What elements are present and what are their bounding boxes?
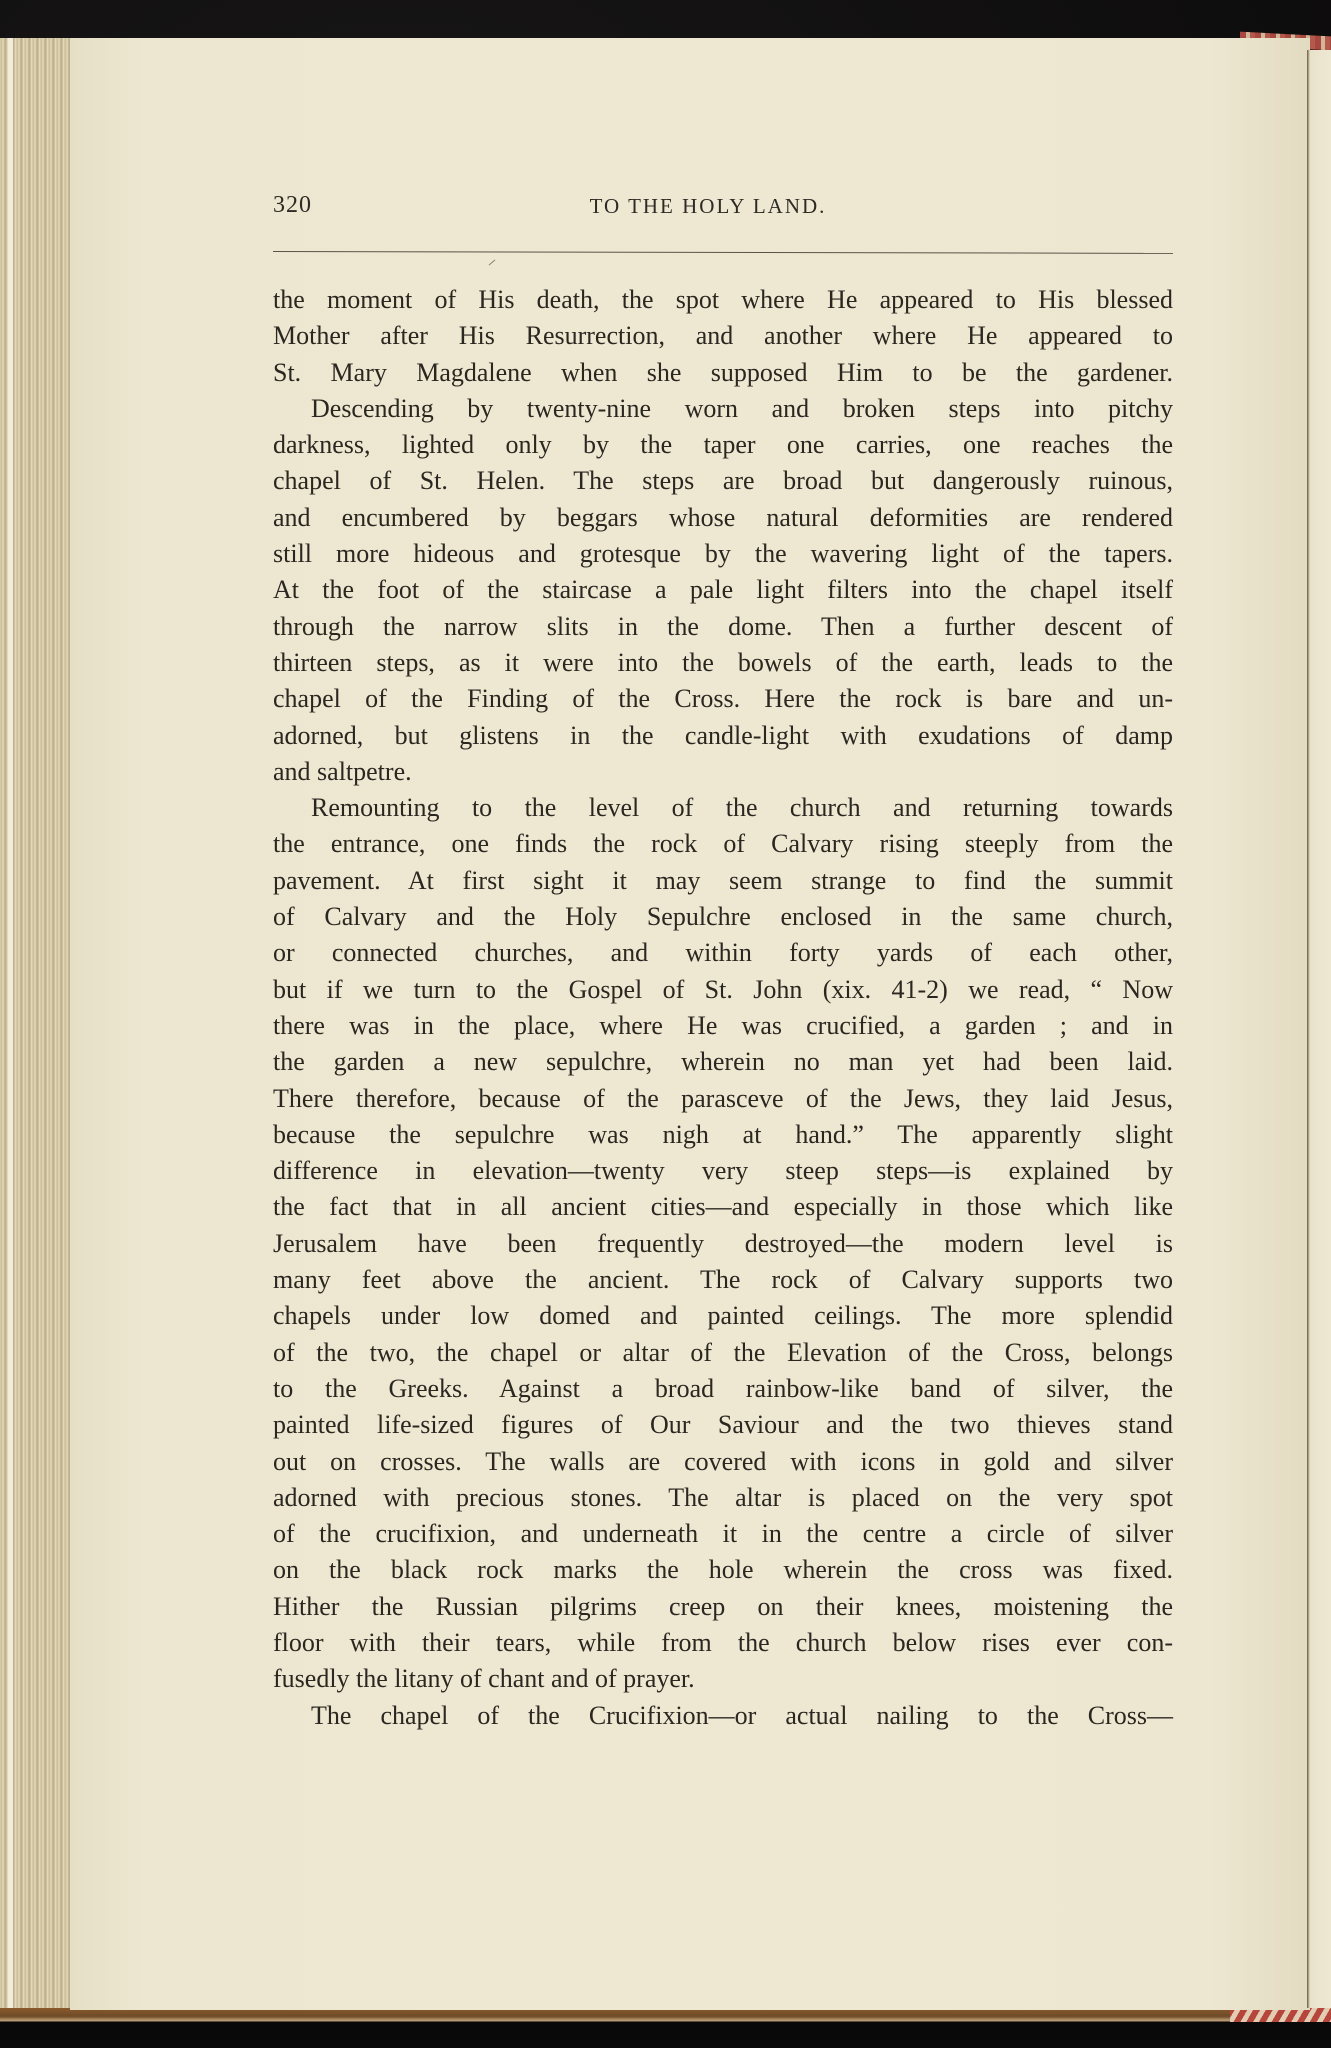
book-cover-bottom-edge [0,2008,1250,2022]
text-line: There therefore, because of the parascev… [273,1081,1173,1117]
text-line: At the foot of the staircase a pale ligh… [273,572,1173,608]
text-line: floor with their tears, while from the c… [273,1625,1173,1661]
text-line: Hither the Russian pilgrims creep on the… [273,1589,1173,1625]
text-line: chapels under low domed and painted ceil… [273,1298,1173,1334]
text-line: painted life-sized figures of Our Saviou… [273,1407,1173,1443]
paragraph-end-line: and saltpetre. [273,754,1173,790]
paragraph-end-line: fusedly the litany of chant and of praye… [273,1661,1173,1697]
text-line: or connected churches, and within forty … [273,935,1173,971]
text-line: still more hideous and grotesque by the … [273,536,1173,572]
text-line: Jerusalem have been frequently destroyed… [273,1226,1173,1262]
text-line: many feet above the ancient. The rock of… [273,1262,1173,1298]
text-line: of Calvary and the Holy Sepulchre enclos… [273,899,1173,935]
text-line: through the narrow slits in the dome. Th… [273,609,1173,645]
running-head-title: TO THE HOLY LAND. [273,194,1143,219]
text-line: pavement. At first sight it may seem str… [273,863,1173,899]
text-line: chapel of the Finding of the Cross. Here… [273,681,1173,717]
text-line: difference in elevation—twenty very stee… [273,1153,1173,1189]
text-line: of the two, the chapel or altar of the E… [273,1335,1173,1371]
text-line: the garden a new sepulchre, wherein no m… [273,1044,1173,1080]
text-line: thirteen steps, as it were into the bowe… [273,645,1173,681]
text-line: of the crucifixion, and underneath it in… [273,1516,1173,1552]
text-line: Mother after His Resurrection, and anoth… [273,318,1173,354]
text-line: the moment of His death, the spot where … [273,282,1173,318]
text-line: St. Mary Magdalene when she supposed Him… [273,355,1173,391]
paragraph-start-line: The chapel of the Crucifixion—or actual … [273,1698,1173,1734]
text-line: there was in the place, where He was cru… [273,1008,1173,1044]
page-edge-strip [8,38,13,2008]
text-line: to the Greeks. Against a broad rainbow-l… [273,1371,1173,1407]
paragraph-start-line: Descending by twenty-nine worn and broke… [273,391,1173,427]
text-line: adorned, but glistens in the candle-ligh… [273,718,1173,754]
text-line: chapel of St. Helen. The steps are broad… [273,463,1173,499]
text-line: the fact that in all ancient cities—and … [273,1189,1173,1225]
text-line: but if we turn to the Gospel of St. John… [273,972,1173,1008]
running-head: 320 TO THE HOLY LAND. [273,192,1173,222]
text-line: the entrance, one finds the rock of Calv… [273,826,1173,862]
text-line: adorned with precious stones. The altar … [273,1480,1173,1516]
text-line: and encumbered by beggars whose natural … [273,500,1173,536]
page-edges-stack [0,38,73,2008]
next-page-edge [1307,50,1331,2008]
text-line: on the black rock marks the hole wherein… [273,1552,1173,1588]
paragraph-start-line: Remounting to the level of the church an… [273,790,1173,826]
text-line: because the sepulchre was nigh at hand.”… [273,1117,1173,1153]
body-text: the moment of His death, the spot where … [273,282,1173,1734]
text-line: out on crosses. The walls are covered wi… [273,1444,1173,1480]
text-line: darkness, lighted only by the taper one … [273,427,1173,463]
